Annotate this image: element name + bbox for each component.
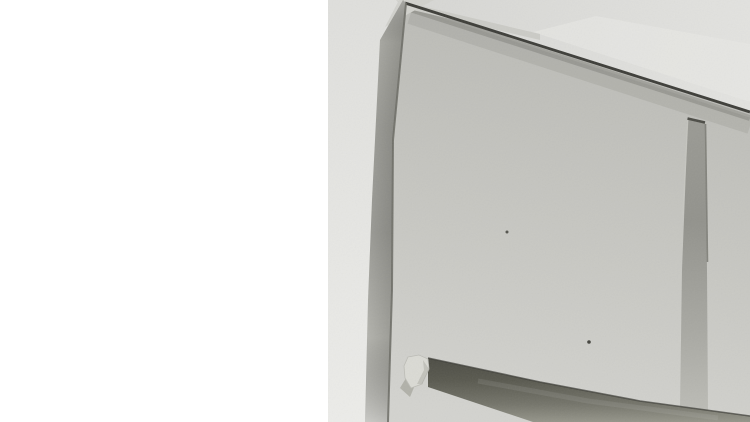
left-white-margin: [0, 0, 328, 422]
photo-scene: [328, 0, 750, 422]
artwork-photo: [328, 0, 750, 422]
page: [0, 0, 750, 422]
film-grain: [328, 0, 750, 422]
